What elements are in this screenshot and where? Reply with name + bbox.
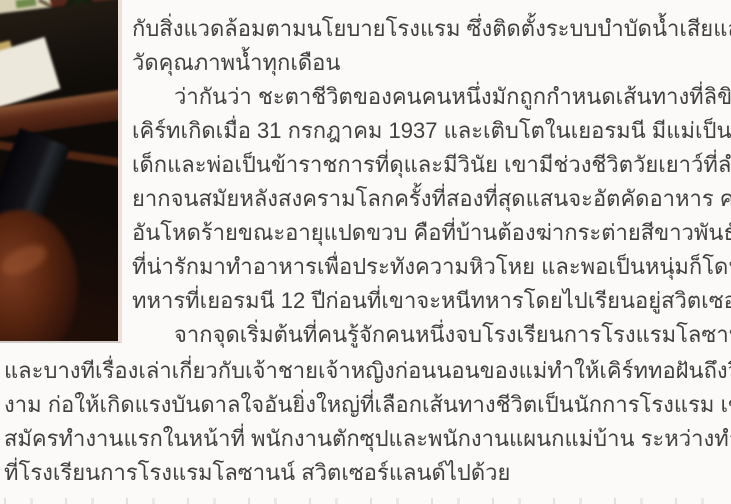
text-line: วัดคุณภาพน้ำทุกเดือน	[132, 46, 720, 80]
text-line: ที่โรงเรียนการโรงแรมโลซานน์ สวิตเซอร์แลน…	[4, 456, 728, 490]
text-line: และบางทีเรื่องเล่าเกี่ยวกับเจ้าชายเจ้าหญ…	[4, 354, 728, 388]
text-line: ทหารที่เยอรมนี 12 ปีก่อนที่เขาจะหนีทหารโ…	[132, 284, 720, 318]
paragraph-block-full-width: และบางทีเรื่องเล่าเกี่ยวกับเจ้าชายเจ้าหญ…	[4, 354, 728, 490]
text-line: งาม ก่อให้เกิดแรงบันดาลใจอันยิ่งใหญ่ที่เ…	[4, 388, 728, 422]
text-line: จากจุดเริ่มต้นที่คนรู้จักคนหนึ่งจบโรงเรี…	[132, 318, 720, 352]
paragraph-block-beside-photo: กับสิ่งแวดล้อมตามนโยบายโรงแรม ซึ่งติดตั้…	[132, 12, 720, 352]
text-line: กับสิ่งแวดล้อมตามนโยบายโรงแรม ซึ่งติดตั้…	[132, 12, 720, 46]
text-line: ยากจนสมัยหลังสงครามโลกครั้งที่สองที่สุดแ…	[132, 182, 720, 216]
photo-leather-chair	[0, 210, 78, 343]
book-page: กับสิ่งแวดล้อมตามนโยบายโรงแรม ซึ่งติดตั้…	[0, 0, 731, 504]
text-line: ที่น่ารักมาทำอาหารเพื่อประทังความหิวโหย …	[132, 250, 720, 284]
text-line: เด็กและพ่อเป็นข้าราชการที่ดุและมีวินัย เ…	[132, 148, 720, 182]
text-line: อันโหดร้ายขณะอายุแปดขวบ คือที่บ้านต้องฆ่…	[132, 216, 720, 250]
text-line: ว่ากันว่า ชะตาชีวิตของคนคนหนึ่งมักถูกกำห…	[132, 80, 720, 114]
cropped-next-line-remnant	[4, 498, 704, 504]
desk-photo	[0, 0, 122, 343]
text-line: เคิร์ทเกิดเมื่อ 31 กรกฎาคม 1937 และเติบโ…	[132, 114, 720, 148]
text-line: สมัครทำงานแรกในหน้าที่ พนักงานตักซุปและพ…	[4, 422, 728, 456]
